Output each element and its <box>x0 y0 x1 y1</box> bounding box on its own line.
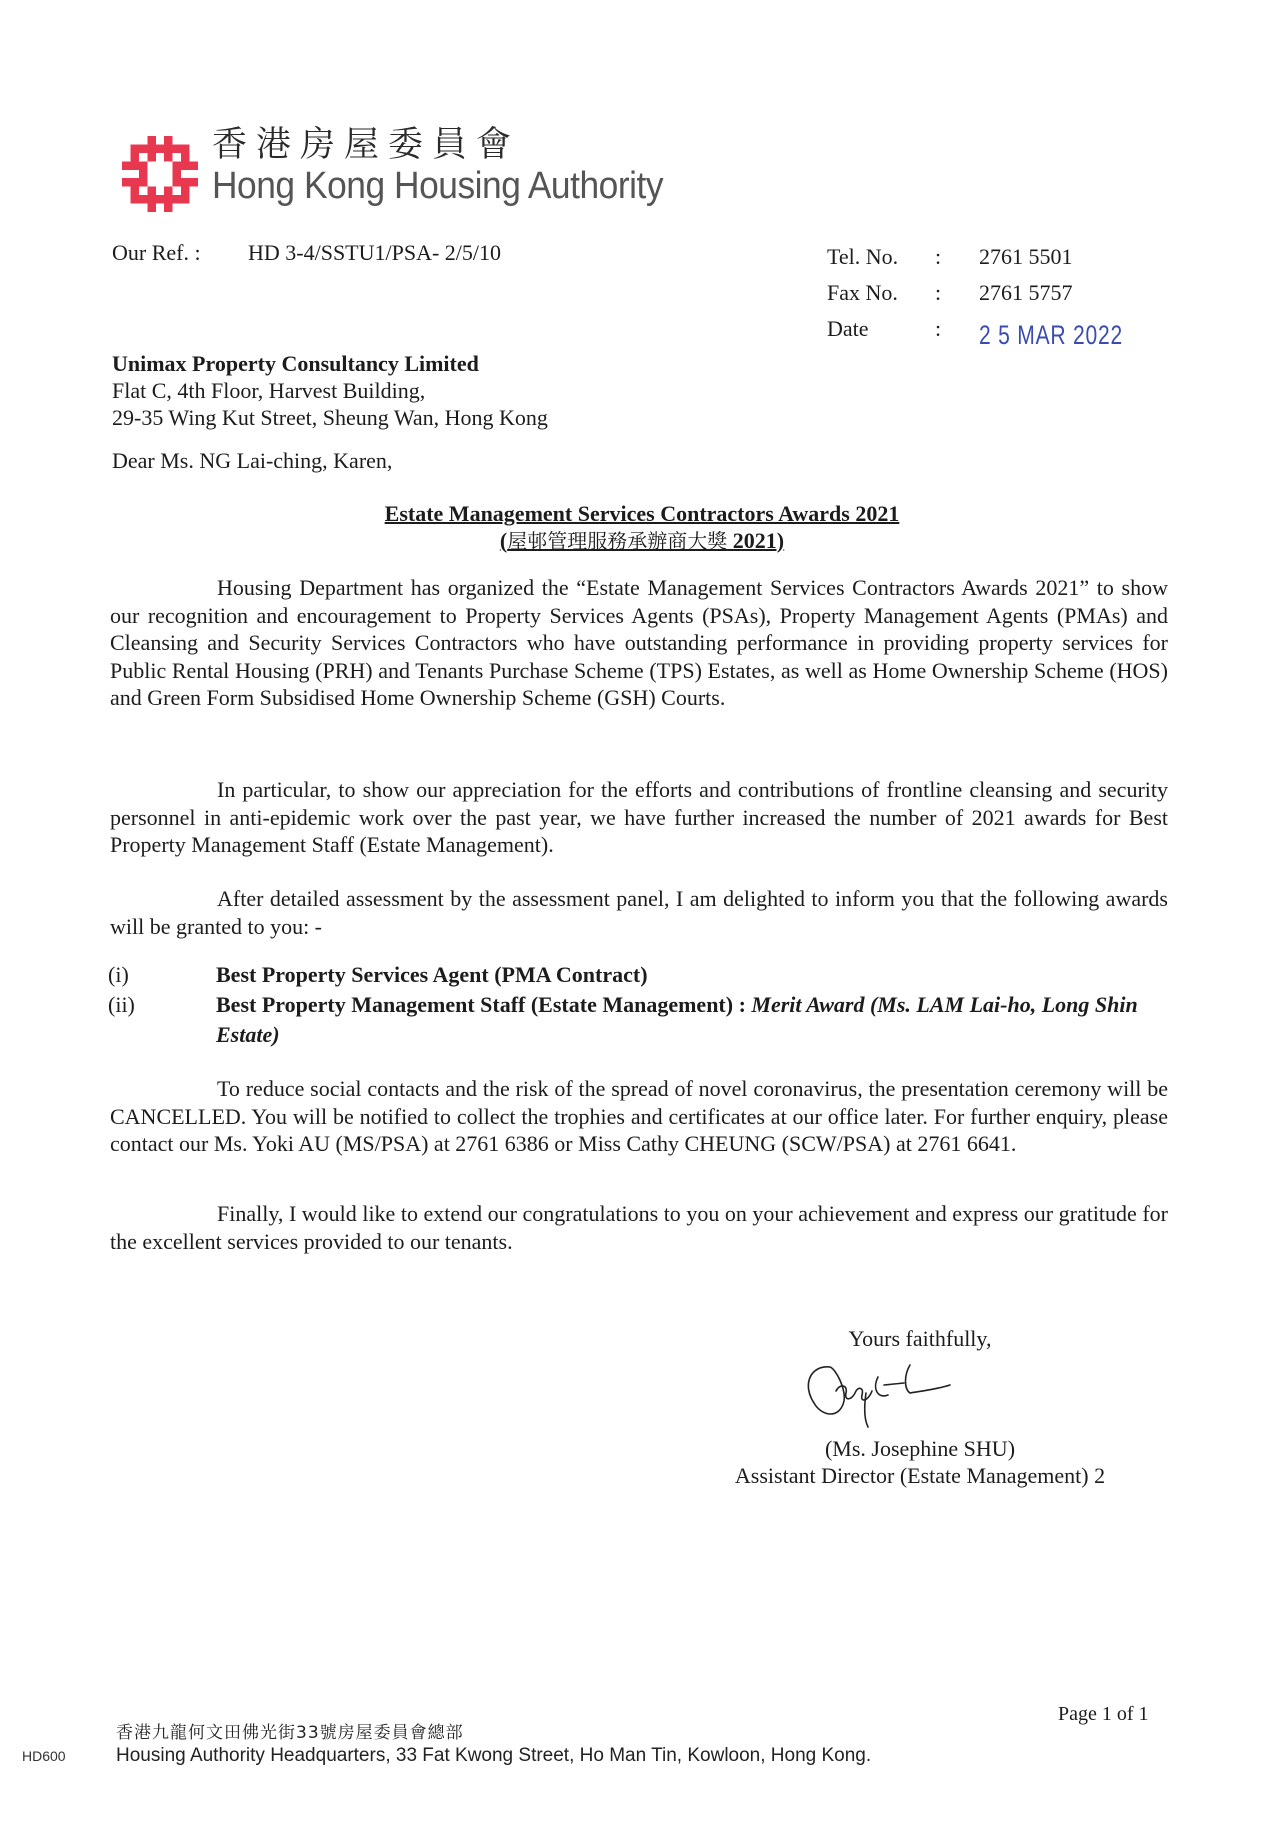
tel-value: 2761 5501 <box>979 244 1073 270</box>
reference-value: HD 3-4/SSTU1/PSA- 2/5/10 <box>248 240 501 266</box>
salutation: Dear Ms. NG Lai-ching, Karen, <box>112 448 392 474</box>
letterhead-name-en: Hong Kong Housing Authority <box>212 167 663 205</box>
fax-sep: : <box>935 280 979 306</box>
subject-heading: Estate Management Services Contractors A… <box>0 500 1284 555</box>
letterhead-name-cn: 香港房屋委員會 <box>212 128 520 163</box>
tel-row: Tel. No. : 2761 5501 <box>827 244 1073 270</box>
tel-label: Tel. No. <box>827 244 935 270</box>
signatory-name: (Ms. Josephine SHU) <box>680 1435 1160 1462</box>
body-paragraph-4-text: To reduce social contacts and the risk o… <box>110 1076 1168 1156</box>
signatory-title: Assistant Director (Estate Management) 2 <box>680 1462 1160 1489</box>
date-sep: : <box>935 316 979 351</box>
reference-label: Our Ref. : <box>112 240 201 266</box>
award-item-1-number: (i) <box>108 960 129 990</box>
award-item-1-title: Best Property Services Agent (PMA Contra… <box>216 960 1166 990</box>
award-item-1: (i) Best Property Services Agent (PMA Co… <box>108 960 1168 990</box>
footer-address-en: Housing Authority Headquarters, 33 Fat K… <box>116 1745 871 1767</box>
signatory-block: (Ms. Josephine SHU) Assistant Director (… <box>680 1435 1160 1489</box>
fax-label: Fax No. <box>827 280 935 306</box>
body-paragraph-5-text: Finally, I would like to extend our cong… <box>110 1201 1168 1254</box>
body-paragraph-3-text: After detailed assessment by the assessm… <box>110 886 1168 939</box>
award-item-2-number: (ii) <box>108 990 135 1020</box>
body-paragraph-2-text: In particular, to show our appreciation … <box>110 777 1168 857</box>
tel-sep: : <box>935 244 979 270</box>
body-paragraph-4: To reduce social contacts and the risk o… <box>110 1075 1168 1158</box>
subject-title-cn-year: 2021) <box>727 528 784 553</box>
fax-row: Fax No. : 2761 5757 <box>827 280 1073 306</box>
hkha-logo-icon <box>122 136 198 212</box>
recipient-block: Unimax Property Consultancy Limited Flat… <box>112 350 548 431</box>
valediction: Yours faithfully, <box>720 1325 1120 1352</box>
footer-address-cn: 香港九龍何文田佛光街33號房屋委員會總部 <box>116 1718 464 1743</box>
page-number: Page 1 of 1 <box>1058 1703 1149 1726</box>
form-code: HD600 <box>22 1748 66 1764</box>
date-row: Date : 2 5 MAR 2022 <box>827 316 1164 351</box>
date-label: Date <box>827 316 935 351</box>
body-paragraph-1-text: Housing Department has organized the “Es… <box>110 575 1168 710</box>
recipient-company: Unimax Property Consultancy Limited <box>112 350 548 377</box>
award-item-2: (ii) Best Property Management Staff (Est… <box>108 990 1168 1050</box>
recipient-address-line1: Flat C, 4th Floor, Harvest Building, <box>112 377 548 404</box>
body-paragraph-5: Finally, I would like to extend our cong… <box>110 1200 1168 1255</box>
handwritten-signature-icon <box>800 1355 960 1435</box>
subject-title-cn: 屋邨管理服務承辦商大獎 <box>507 529 727 553</box>
award-item-2-title: Best Property Management Staff (Estate M… <box>216 992 751 1017</box>
recipient-address-line2: 29-35 Wing Kut Street, Sheung Wan, Hong … <box>112 404 548 431</box>
date-stamp: 2 5 MAR 2022 <box>979 320 1123 351</box>
body-paragraph-1: Housing Department has organized the “Es… <box>110 574 1168 712</box>
subject-title-en: Estate Management Services Contractors A… <box>385 501 900 526</box>
fax-value: 2761 5757 <box>979 280 1073 306</box>
body-paragraph-3: After detailed assessment by the assessm… <box>110 885 1168 940</box>
body-paragraph-2: In particular, to show our appreciation … <box>110 776 1168 859</box>
